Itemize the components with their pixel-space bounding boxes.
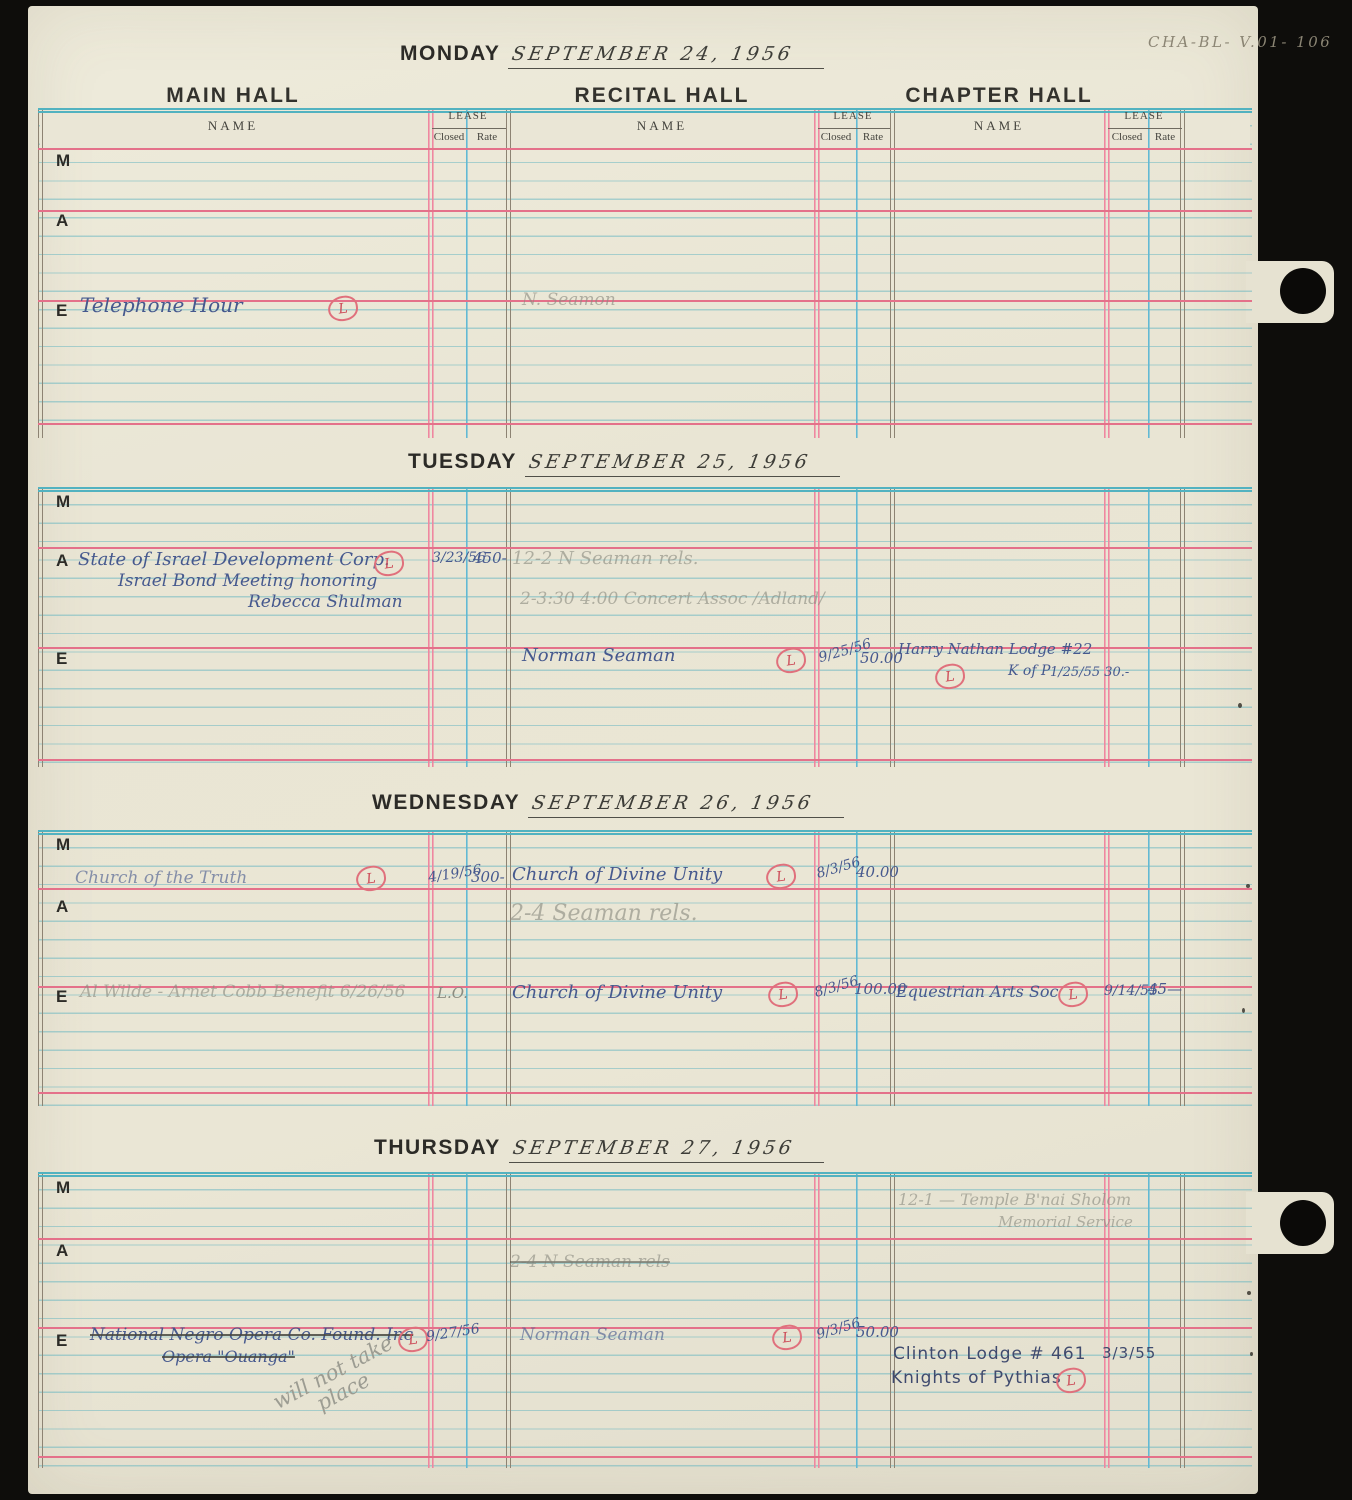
rule-line: [38, 1172, 1252, 1174]
row-label-morning: M: [56, 492, 70, 512]
monday-title: MONDAY SEPTEMBER 24, 1956: [400, 42, 824, 69]
closed-column-header: Closed: [1112, 131, 1143, 143]
band-line: [38, 148, 1252, 150]
entry-al-wilde-benefit: Al Wilde - Arnet Cobb Benefit 6/26/56: [80, 982, 405, 1002]
page-content: CHA-BL- V.01- 106 MONDAY SEPTEMBER 24, 1…: [0, 0, 1352, 1500]
row-label-afternoon: A: [56, 897, 68, 917]
rate-value: 45—: [1148, 980, 1182, 998]
entry-n-seamon: N. Seamon: [522, 290, 616, 310]
day-date: SEPTEMBER 24, 1956: [508, 43, 823, 69]
entry-israel-line3: Rebecca Shulman: [248, 592, 403, 612]
row-label-afternoon: A: [56, 211, 68, 231]
closed-column-header: Closed: [821, 131, 852, 143]
closed-date: 9/27/56: [426, 1325, 480, 1341]
rate-value: 300-: [471, 868, 505, 886]
day-name: WEDNESDAY: [372, 791, 520, 815]
lease-underline: [1108, 128, 1182, 129]
entry-divine-unity: Church of Divine Unity: [512, 982, 722, 1003]
rate-value: 50.00: [860, 649, 903, 667]
rate-column-header: Rate: [1155, 131, 1175, 143]
band-line: [38, 759, 1252, 761]
band-line: [38, 423, 1252, 425]
rule-line: [38, 1175, 1252, 1177]
rule-line: [38, 111, 1252, 113]
rate-column-header: Rate: [863, 131, 883, 143]
day-date: SEPTEMBER 26, 1956: [528, 792, 843, 818]
archive-code: CHA-BL- V.01- 106: [1148, 33, 1332, 51]
entry-church-of-truth: Church of the Truth: [75, 868, 247, 888]
ink-speck: [1250, 1352, 1253, 1356]
rule-line: [38, 830, 1252, 832]
entry-norman-seaman: Norman Seaman: [522, 645, 675, 666]
entry-knights-of-pythias: Knights of Pythias: [891, 1368, 1062, 1388]
day-name: MONDAY: [400, 42, 500, 66]
rate-value: 40.00: [856, 863, 899, 881]
ink-speck: [1238, 703, 1242, 708]
day-name: THURSDAY: [374, 1136, 501, 1160]
rule-line: [38, 108, 1252, 110]
entry-seaman-rels: 2-4 Seaman rels.: [510, 901, 698, 926]
entry-temple-bnai-sholom: 12-1 — Temple B'nai Sholom: [898, 1190, 1131, 1209]
band-line: [38, 1092, 1252, 1094]
rule-line: [38, 833, 1252, 835]
rate-value: 50.00: [856, 1323, 899, 1341]
rule-line: [38, 490, 1252, 492]
band-line: [38, 1456, 1252, 1458]
band-line: [38, 888, 1252, 890]
row-label-evening: E: [56, 301, 67, 321]
entry-harry-nathan-lodge: Harry Nathan Lodge #22: [898, 640, 1092, 658]
row-label-evening: E: [56, 1331, 67, 1351]
name-column-header: NAME: [974, 118, 1024, 134]
ink-speck: [1242, 1008, 1245, 1013]
row-label-afternoon: A: [56, 1241, 68, 1261]
entry-norman-seaman: Norman Seaman: [520, 1325, 665, 1345]
rule-line: [38, 487, 1252, 489]
entry-memorial-service: Memorial Service: [998, 1213, 1133, 1231]
entry-opera-ouanga: Opera "Ouanga": [162, 1347, 295, 1366]
recital-hall-header: RECITAL HALL: [575, 84, 750, 108]
punch-hole: [1280, 268, 1326, 314]
column-lines: [38, 108, 1252, 438]
row-label-evening: E: [56, 649, 67, 669]
name-column-header: NAME: [208, 118, 258, 134]
day-date: SEPTEMBER 27, 1956: [509, 1137, 824, 1163]
scanned-ledger-page: CHA-BL- V.01- 106 MONDAY SEPTEMBER 24, 1…: [0, 0, 1352, 1500]
entry-telephone-hour: Telephone Hour: [80, 293, 243, 317]
entry-seaman-rels-struck: 2-4 N Seaman rels: [510, 1252, 670, 1272]
closed-date: 3/3/55: [1102, 1344, 1156, 1362]
closed-date: 8/3/56: [816, 860, 861, 876]
band-line: [38, 1238, 1252, 1240]
thursday-title: THURSDAY SEPTEMBER 27, 1956: [374, 1136, 824, 1163]
entry-k-of-p: K of P: [1008, 663, 1050, 679]
rate-column-header: Rate: [477, 131, 497, 143]
day-date: SEPTEMBER 25, 1956: [525, 451, 840, 477]
main-hall-header: MAIN HALL: [166, 84, 299, 108]
ink-speck: [1247, 1291, 1251, 1295]
row-label-morning: M: [56, 151, 70, 171]
monday-table: [38, 108, 1252, 438]
entry-equestrian-arts: Equestrian Arts Soc: [896, 982, 1059, 1001]
ink-speck: [1246, 884, 1250, 888]
closed-value: L.O.: [437, 984, 468, 1002]
name-column-header: NAME: [637, 118, 687, 134]
row-label-evening: E: [56, 987, 67, 1007]
closed-date: 8/3/56: [814, 979, 859, 995]
punch-hole: [1280, 1200, 1326, 1246]
entry-clinton-lodge: Clinton Lodge # 461: [893, 1344, 1086, 1364]
rate-value: 450-: [473, 549, 507, 567]
column-lines: [38, 487, 1252, 767]
entry-divine-unity: Church of Divine Unity: [512, 864, 722, 885]
lease-column-header: LEASE: [833, 110, 872, 122]
row-label-afternoon: A: [56, 551, 68, 571]
tuesday-table: [38, 487, 1252, 767]
tuesday-title: TUESDAY SEPTEMBER 25, 1956: [408, 450, 840, 477]
entry-israel-corp: State of Israel Development Corp.: [78, 549, 390, 570]
lease-underline: [432, 128, 506, 129]
entry-seaman-rels: 12-2 N Seaman rels.: [512, 548, 698, 569]
wednesday-title: WEDNESDAY SEPTEMBER 26, 1956: [372, 791, 844, 818]
closed-column-header: Closed: [434, 131, 465, 143]
entry-israel-line2: Israel Bond Meeting honoring: [118, 571, 377, 591]
day-name: TUESDAY: [408, 450, 517, 474]
row-label-morning: M: [56, 1178, 70, 1198]
lease-column-header: LEASE: [1124, 110, 1163, 122]
chapter-hall-header: CHAPTER HALL: [905, 84, 1092, 108]
lease-column-header: LEASE: [448, 110, 487, 122]
lease-underline: [818, 128, 890, 129]
entry-concert-assoc: 2-3:30 4:00 Concert Assoc /Adland/: [520, 589, 825, 609]
closed-date-amount: 1/25/55 30.-: [1050, 665, 1129, 680]
closed-date: 9/3/56: [816, 1321, 861, 1337]
band-line: [38, 210, 1252, 212]
row-label-morning: M: [56, 835, 70, 855]
